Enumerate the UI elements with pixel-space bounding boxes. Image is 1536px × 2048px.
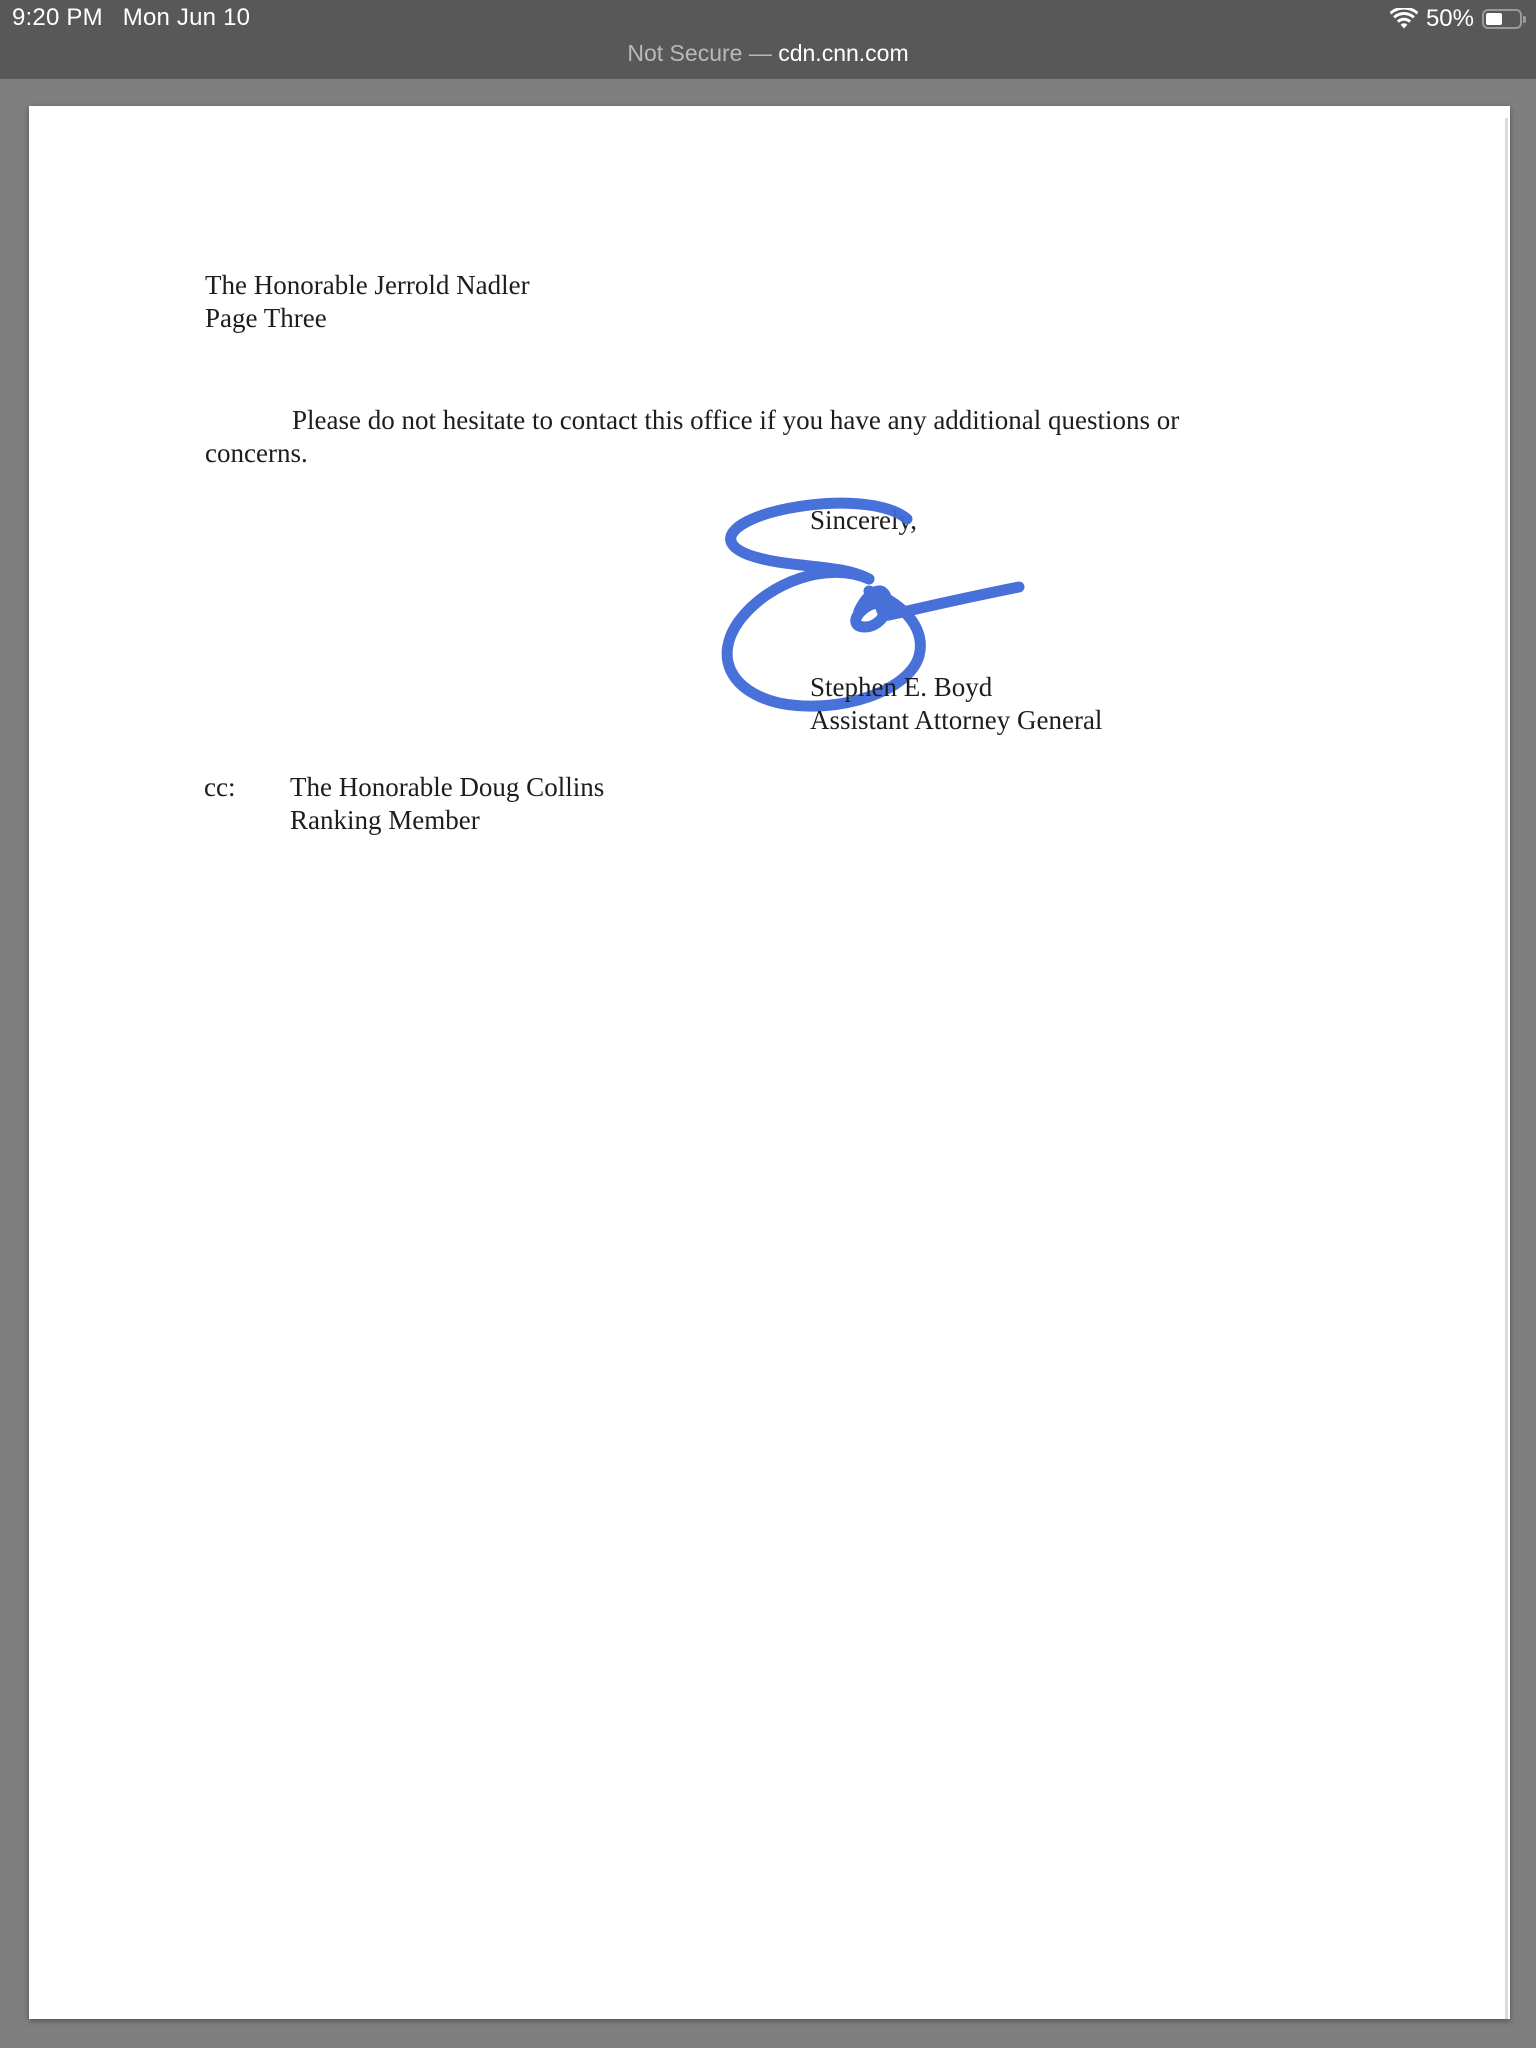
status-bar-right: 50%	[1390, 5, 1522, 33]
signer-title: Assistant Attorney General	[810, 704, 1102, 737]
signer-block: Stephen E. Boyd Assistant Attorney Gener…	[810, 671, 1102, 737]
url-domain: cdn.cnn.com	[778, 40, 908, 66]
closing-salutation: Sincerely,	[810, 504, 917, 537]
battery-icon	[1482, 9, 1522, 29]
browser-header: 9:20 PMMon Jun 10 50% Not Secure — cdn.c…	[0, 0, 1536, 79]
status-date: Mon Jun 10	[123, 4, 250, 31]
wifi-icon	[1390, 8, 1418, 30]
battery-percent: 50%	[1426, 5, 1474, 33]
address-bar[interactable]: Not Secure — cdn.cnn.com	[0, 40, 1536, 67]
status-bar-left: 9:20 PMMon Jun 10	[12, 4, 250, 32]
cc-recipient-block: The Honorable Doug Collins Ranking Membe…	[290, 771, 604, 837]
addressee-block: The Honorable Jerrold Nadler Page Three	[205, 269, 530, 335]
cc-recipient-role: Ranking Member	[290, 804, 604, 837]
page-edge-shadow	[1505, 118, 1508, 2019]
body-line-1: Please do not hesitate to contact this o…	[292, 405, 1179, 435]
status-time: 9:20 PM	[12, 4, 103, 31]
security-warning: Not Secure	[627, 40, 742, 66]
url-separator: —	[749, 40, 772, 66]
cc-recipient: The Honorable Doug Collins	[290, 771, 604, 804]
body-paragraph: Please do not hesitate to contact this o…	[205, 404, 1179, 470]
page-number-label: Page Three	[205, 302, 530, 335]
body-line-2: concerns.	[205, 437, 1179, 470]
pdf-page: The Honorable Jerrold Nadler Page Three …	[29, 106, 1510, 2019]
signer-name: Stephen E. Boyd	[810, 671, 1102, 704]
battery-nub	[1523, 16, 1526, 23]
addressee-name: The Honorable Jerrold Nadler	[205, 269, 530, 302]
battery-fill	[1486, 13, 1502, 25]
cc-label: cc:	[204, 771, 235, 804]
